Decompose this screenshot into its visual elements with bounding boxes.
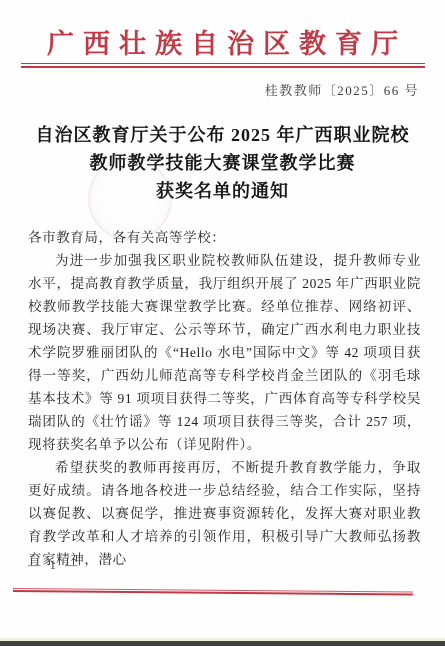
notice-title: 自治区教育厅关于公布 2025 年广西职业院校 教师教学技能大赛课堂教学比赛 获… [0, 121, 445, 205]
document-page: 广西壮族自治区教育厅 桂教教师〔2025〕66 号 自治区教育厅关于公布 202… [0, 0, 445, 646]
notice-title-line-2: 教师教学技能大赛课堂教学比赛 [0, 149, 445, 177]
body-paragraph-2: 希望获奖的教师再接再厉，不断提升教育教学能力，争取更好成绩。请各地各校进一步总结… [28, 456, 421, 571]
notice-title-line-3: 获奖名单的通知 [0, 177, 445, 205]
page-number: — 1 — [28, 558, 81, 573]
salutation: 各市教育局，各有关高等学校： [28, 226, 421, 249]
masthead-double-rule [21, 63, 425, 68]
body-paragraph-1: 为进一步加强我区职业院校教师队伍建设，提升教师专业水平，提高教育教学质量，我厅组… [28, 249, 421, 456]
scan-edge-dark-band [0, 641, 445, 646]
footer-double-rule [13, 588, 413, 595]
notice-title-line-1: 自治区教育厅关于公布 2025 年广西职业院校 [0, 121, 445, 149]
notice-body: 各市教育局，各有关高等学校： 为进一步加强我区职业院校教师队伍建设，提升教师专业… [28, 226, 421, 571]
document-number: 桂教教师〔2025〕66 号 [265, 80, 419, 99]
agency-masthead: 广西壮族自治区教育厅 [0, 22, 445, 61]
